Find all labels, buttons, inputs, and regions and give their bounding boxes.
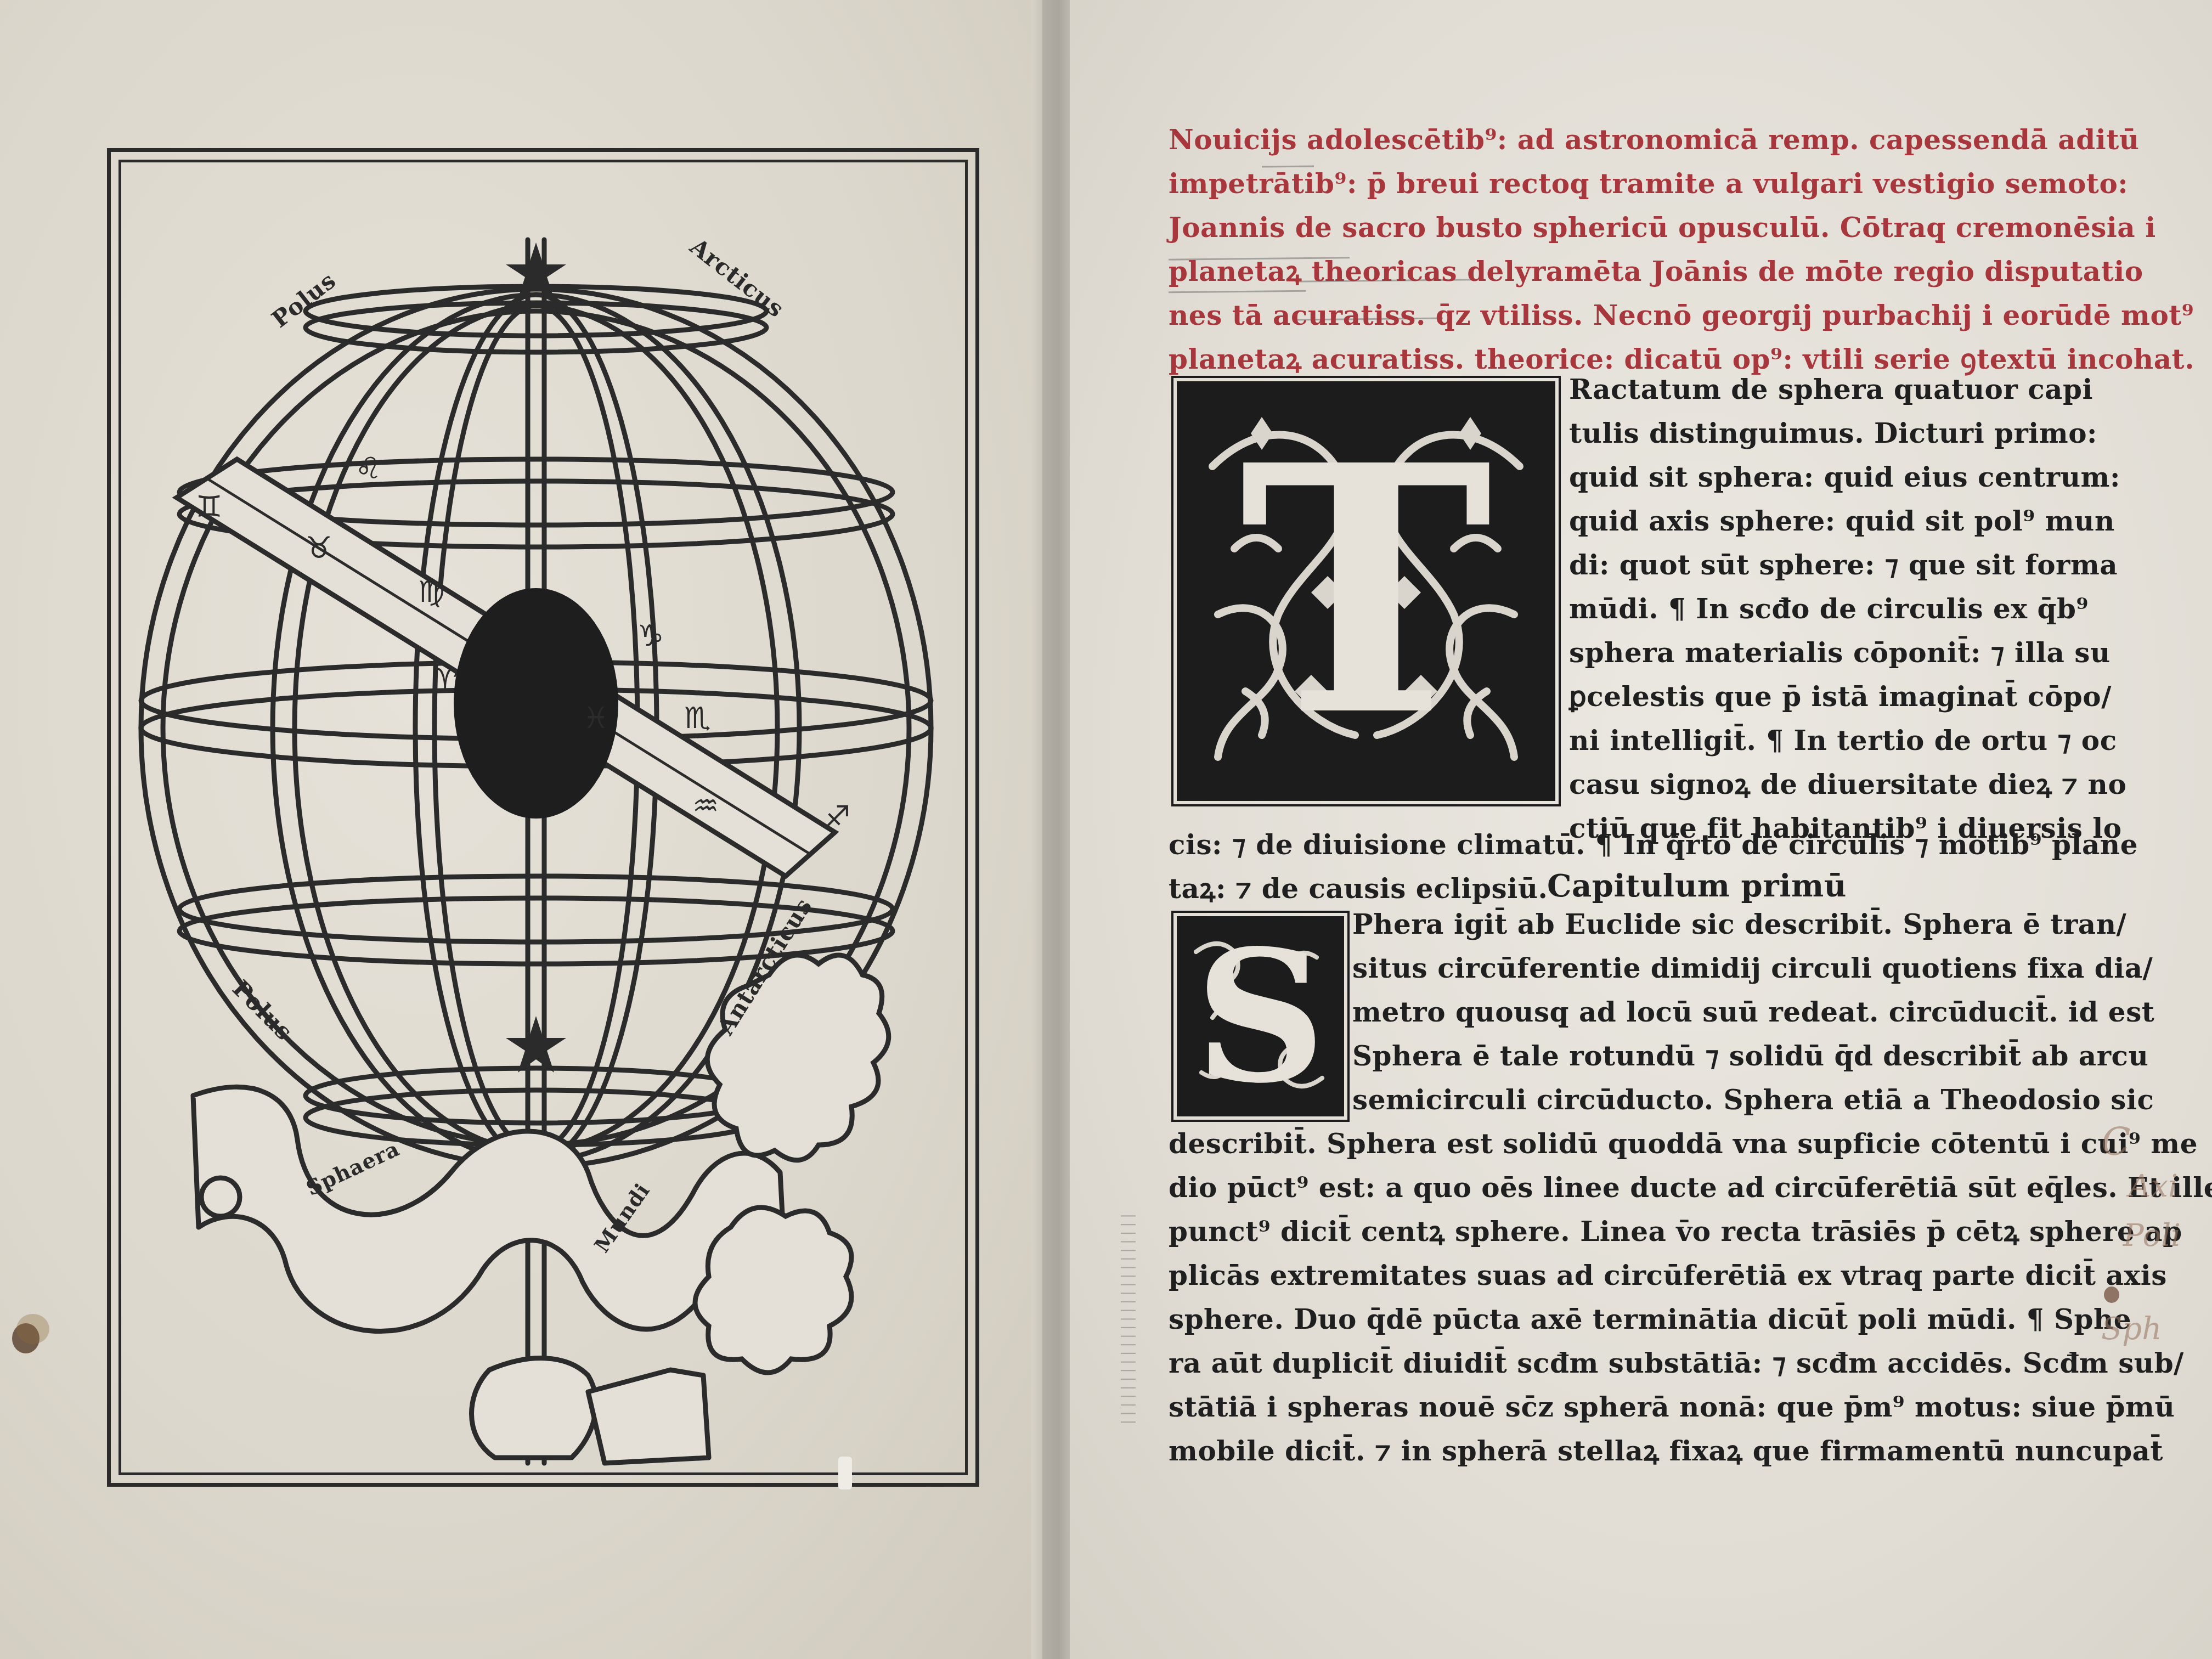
text-line: ꝑcelestis que p̄ istā imaginat̄ cōpo/ (1569, 675, 2112, 719)
scorpio-glyph: ♏ (684, 701, 710, 735)
text-line: quid sit sphera: quid eius centrum: (1569, 455, 2120, 499)
marginalia-note: Sph (2101, 1311, 2162, 1347)
text-line: mūdi. ¶ In scđo de circulis ex q̄b⁹ (1569, 587, 2089, 631)
capricorn-glyph: ♑ (637, 618, 664, 653)
text-line: casu signoꝝ de diuersitate dieꝝ ⁊ no (1569, 763, 2126, 806)
decorated-initial-S: S (1177, 916, 1344, 1116)
rubric-line: impetrātib⁹: p̄ breui rectoq̧ tramite a … (1169, 162, 2128, 206)
text-line: Phera igit̄ ab Euclide sic describit̄. S… (1352, 902, 2126, 946)
marginalia-note: C (2101, 1119, 2131, 1164)
text-line: dio pūct⁹ est: a quo oēs linee ducte ad … (1169, 1166, 2212, 1210)
text-line: stātiā i spheras nouē sc̄z spherā nonā: … (1169, 1385, 2175, 1429)
armillary-sphere-woodcut: ♊ ♌ ♉ ♍ ♈ ♑ ♓ ♏ ♒ ♐ (107, 148, 979, 1487)
text-line: sphere. Duo q̄dē pūcta axē terminātia di… (1169, 1297, 2131, 1341)
aquarius-glyph: ♒ (692, 788, 719, 823)
text-line: plicās extremitates suas ad circūferētiā… (1169, 1254, 2167, 1297)
show-through-ruler: ||||||||||||||||||||||||| (1119, 1180, 1136, 1426)
text-line: situs circūferentie dimidij circuli quot… (1352, 946, 2153, 990)
fold-shadow (1042, 0, 1070, 1659)
text-line: di: quot sūt sphere: ⁊ que sit forma (1569, 543, 2118, 587)
text-line: sphera materialis cōponit̄: ⁊ illa su (1569, 631, 2111, 675)
decorated-initial-T: T (1177, 381, 1555, 801)
rubric-line: planetaꝝ theoricas delyramēta Joānis de … (1169, 250, 2143, 294)
ink-blot (2104, 1286, 2119, 1303)
marginalia-note: Poli (2123, 1218, 2181, 1254)
marginalia-note: Axi (2129, 1169, 2178, 1204)
text-line: Ractatum de sphera quatuor capi (1569, 368, 2093, 411)
leo-glyph: ♌ (355, 451, 381, 486)
text-line: metro quousq̧ ad locū suū redeat. circūd… (1352, 990, 2154, 1034)
text-line: quid axis sphere: quid sit pol⁹ mun (1569, 499, 2115, 543)
text-line: mobile dicit̄. ⁊ in spherā stellaꝝ fixaꝝ… (1169, 1429, 2163, 1473)
paper-tab (838, 1457, 852, 1489)
text-line: semicirculi circūducto. Sphera etiā a Th… (1352, 1078, 2154, 1122)
pisces-glyph: ♓ (583, 701, 609, 735)
foxing-stain (16, 1314, 49, 1344)
sagittarius-glyph: ♐ (824, 799, 850, 834)
text-line: ra aūt duplicit̄ diuidit̄ scđm substātiā… (1169, 1341, 2184, 1385)
chapter-heading: Capitulum primū (1547, 864, 1847, 908)
initial-letter-S: S (1180, 919, 1341, 1114)
text-line: describit̄. Sphera est solidū quoddā vna… (1169, 1122, 2198, 1166)
rubric-line: Nouicijs adolescētib⁹: ad astronomicā re… (1169, 118, 2140, 162)
armillary-sphere-illustration: ♊ ♌ ♉ ♍ ♈ ♑ ♓ ♏ ♒ ♐ (111, 152, 983, 1491)
text-line: ni intelligit̄. ¶ In tertio de ortu ⁊ oc (1569, 719, 2117, 763)
rubric-line: Joannis de sacro busto sphericū opusculū… (1169, 206, 2156, 250)
text-line: Sphera ē tale rotundū ⁊ solidū q̄d descr… (1352, 1034, 2148, 1078)
taurus-glyph: ♉ (306, 531, 332, 565)
initial-letter-T: T (1180, 384, 1553, 798)
rubric-line: nes tā acuratiss. q̄z vtiliss. Necnō geo… (1169, 294, 2194, 337)
aries-glyph: ♈ (432, 662, 458, 697)
text-line: cis: ⁊ de diuisione climatū. ¶ In q̄rto … (1169, 823, 2138, 867)
gemini-glyph: ♊ (196, 489, 222, 524)
virgo-glyph: ♍ (418, 574, 444, 609)
left-page: ♊ ♌ ♉ ♍ ♈ ♑ ♓ ♏ ♒ ♐ (0, 0, 1042, 1659)
text-line: punct⁹ dicit̄ centꝝ sphere. Linea v̄o re… (1169, 1210, 2182, 1254)
text-line: tulis distinguimus. Dicturi primo: (1569, 411, 2097, 455)
